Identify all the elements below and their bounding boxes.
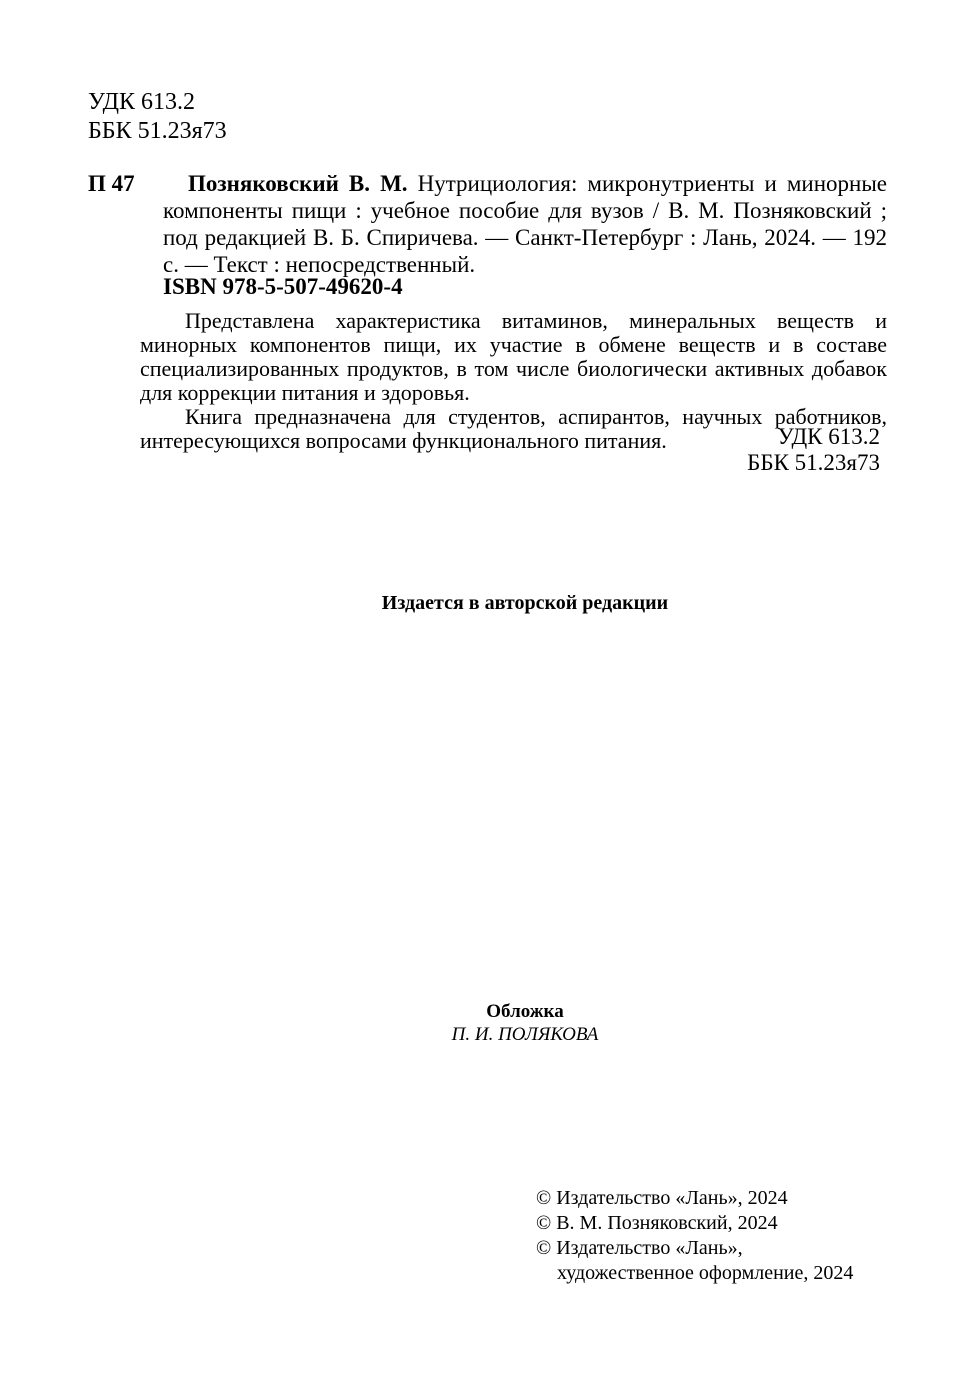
author-name: Позняковский В. М.	[188, 171, 408, 196]
book-imprint-page: УДК 613.2 ББК 51.23я73 П 47 Позняковский…	[0, 0, 976, 1388]
copyright-entry-publisher: © Издательство «Лань», 2024	[536, 1186, 866, 1211]
edition-note: Издается в авторской редакции	[140, 592, 910, 615]
bbk-code-right: ББК 51.23я73	[747, 450, 880, 476]
catalog-card: П 47 Позняковский В. М. Нутрициология: м…	[88, 170, 887, 278]
cover-credit-block: Обложка П. И. ПОЛЯКОВА	[140, 1000, 910, 1046]
copyright-entry-author: © В. М. Позняковский, 2024	[536, 1211, 866, 1236]
author-sign-label: П 47	[88, 170, 135, 197]
udc-bbk-block-right: УДК 613.2 ББК 51.23я73	[747, 424, 880, 476]
cover-credit-title: Обложка	[140, 1000, 910, 1023]
bbk-code: ББК 51.23я73	[88, 117, 227, 146]
cover-designer-name: П. И. ПОЛЯКОВА	[140, 1023, 910, 1046]
isbn-number: ISBN 978-5-507-49620-4	[163, 274, 403, 300]
udc-code-right: УДК 613.2	[747, 424, 880, 450]
udc-code: УДК 613.2	[88, 88, 227, 117]
annotation-paragraph-1: Представлена характеристика витаминов, м…	[140, 309, 887, 405]
copyright-entry-artwork: © Издательство «Лань», художественное оф…	[536, 1236, 866, 1286]
bibliographic-description: Позняковский В. М. Нутрициология: микрон…	[163, 170, 887, 278]
udc-bbk-block-top: УДК 613.2 ББК 51.23я73	[88, 88, 227, 146]
copyright-block: © Издательство «Лань», 2024 © В. М. Позн…	[536, 1186, 866, 1286]
